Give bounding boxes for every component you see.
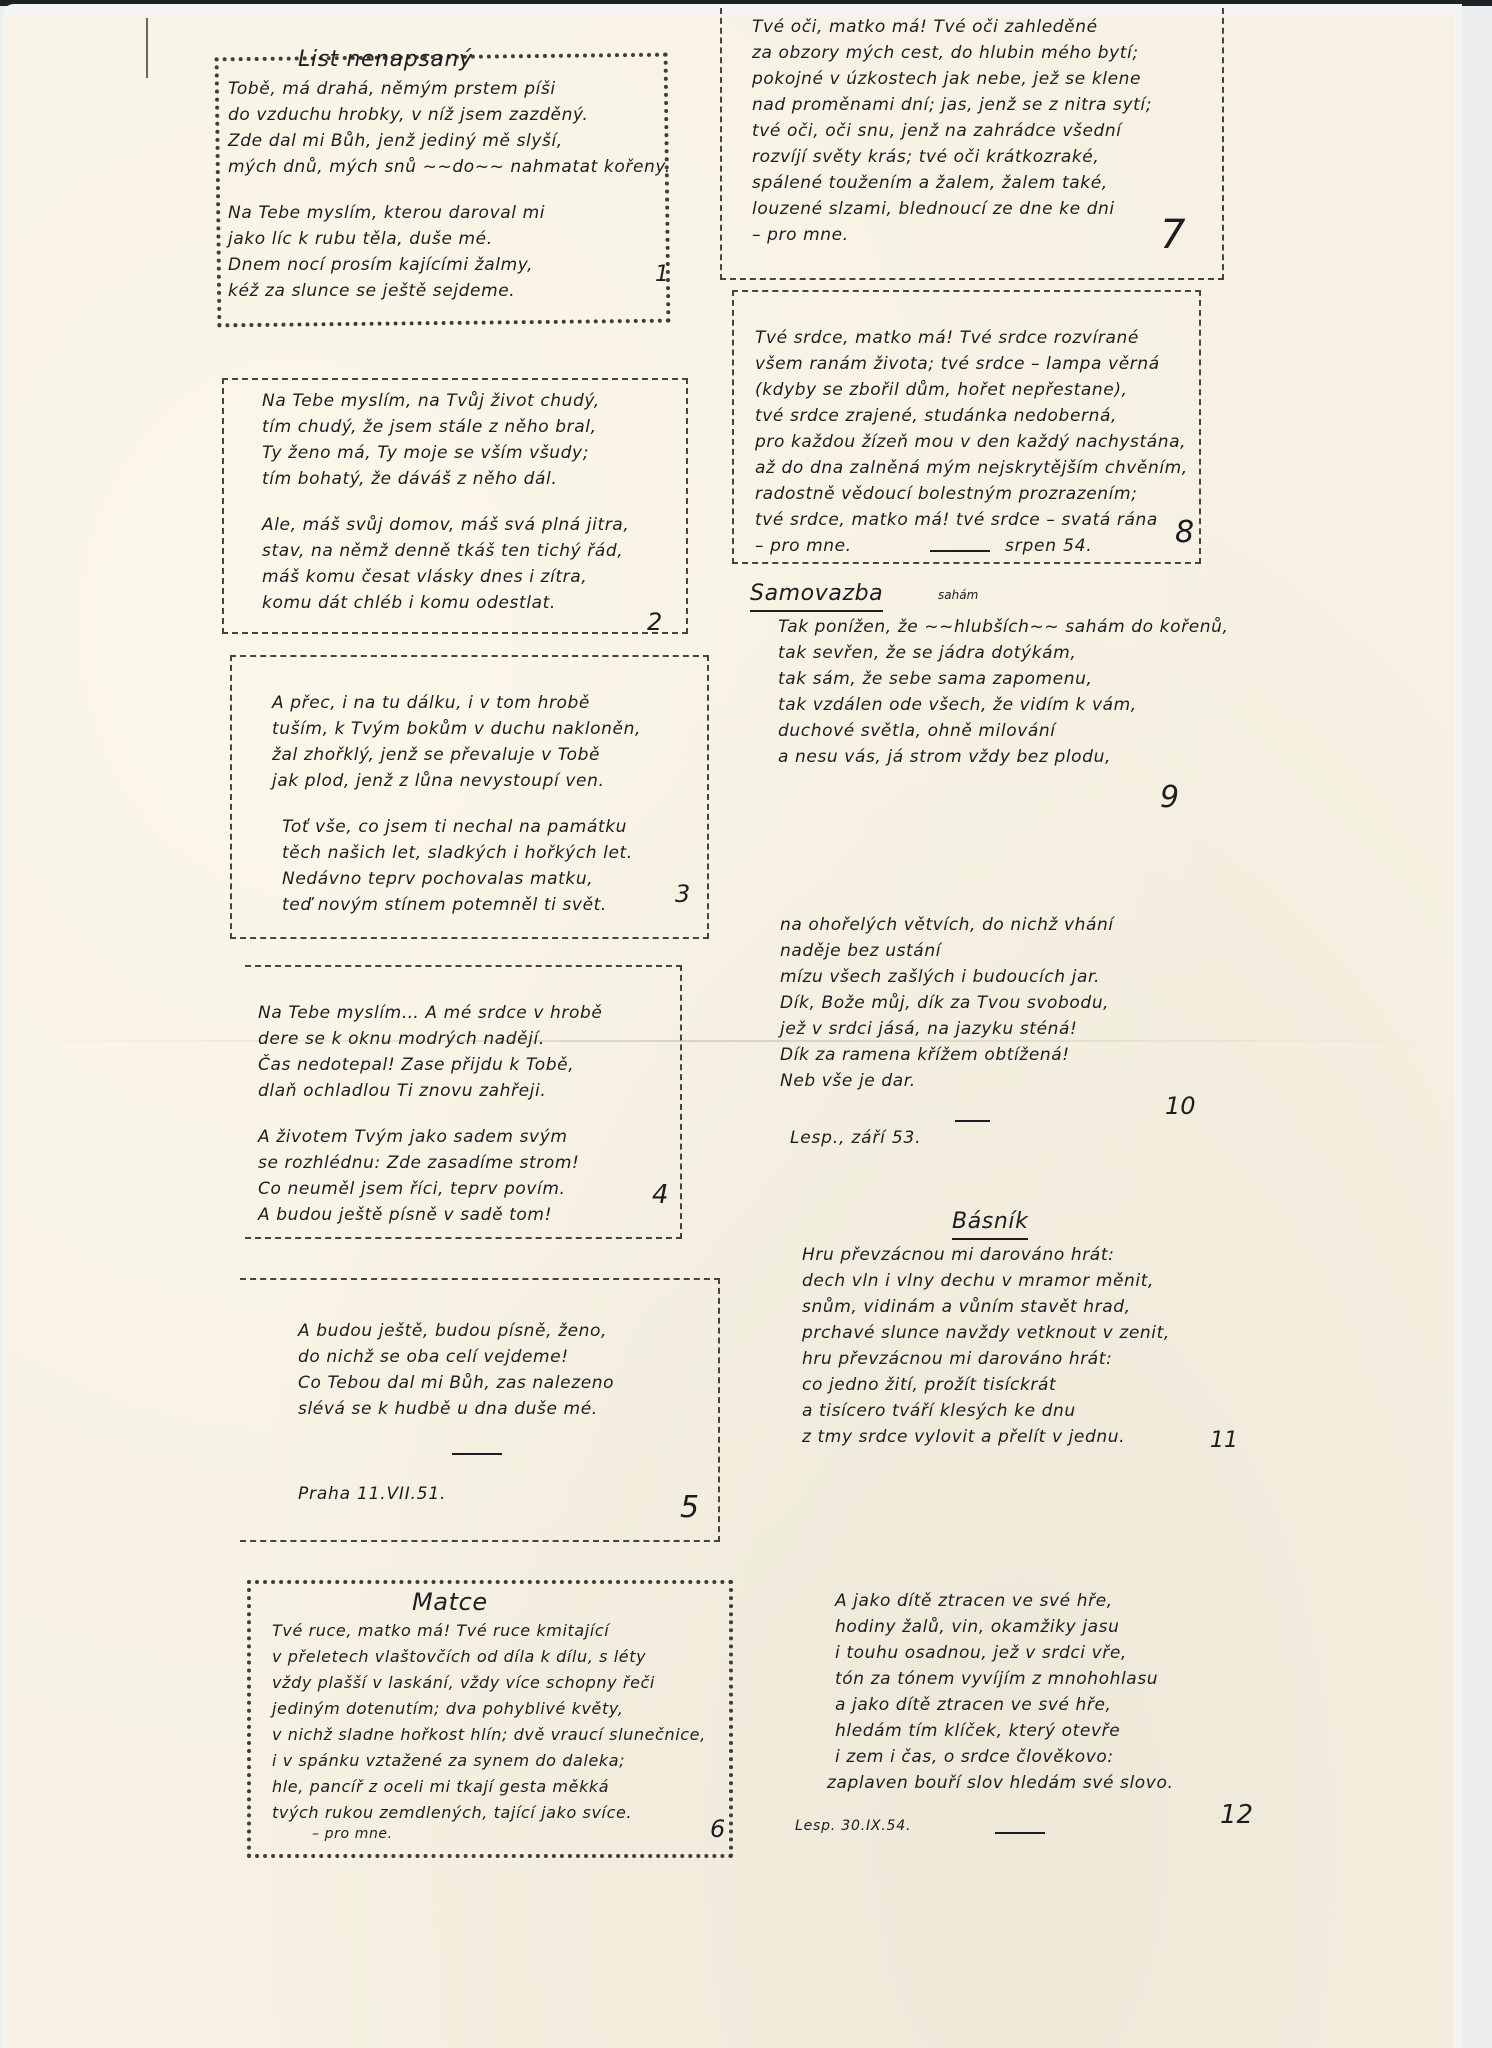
poem-line: prchavé slunce navždy vetknout v zenit, [802,1320,1170,1346]
poem-line: teď novým stínem potemněl ti svět. [282,892,641,918]
poem-line: tím bohatý, že dáváš z něho dál. [262,466,629,492]
poem-line: dlaň ochladlou Ti znovu zahřeji. [258,1078,602,1104]
poem-6: Matce Tvé ruce, matko má! Tvé ruce kmita… [272,1588,706,1842]
page-number-9: 9 [1160,780,1179,815]
page-number-6: 6 [710,1815,725,1843]
poem-line: naděje bez ustání [780,938,1114,964]
poem-line: – pro mne. [755,533,1188,559]
poem-line: tak sám, že sebe sama zapomenu, [778,666,1229,692]
poem-5-date: Praha 11.VII.51. [298,1484,446,1504]
page-number-7: 7 [1160,212,1185,258]
poem-line: tvých rukou zemdlených, tající jako svíc… [272,1800,706,1826]
paper-fold-crease [8,1040,1454,1042]
page-number-8: 8 [1175,515,1194,550]
poem-1: List nenapsaný Tobě, má drahá, němým prs… [228,46,671,304]
poem-3: A přec, i na tu dálku, i v tom hrobě tuš… [272,690,641,918]
poem-line: a jako dítě ztracen ve své hře, [835,1692,1173,1718]
poem-line: jediným dotenutím; dva pohyblivé květy, [272,1696,706,1722]
poem-line: kéž za slunce se ještě sejdeme. [228,278,671,304]
poem-line: do nichž se oba celí vejdeme! [298,1344,614,1370]
poem-line: spálené toužením a žalem, žalem také, [752,170,1152,196]
poem-line: – pro mne. [752,222,1152,248]
poem-line: dere se k oknu modrých nadějí. [258,1026,602,1052]
poem-line: a nesu vás, já strom vždy bez plodu, [778,744,1229,770]
poem-line: rozvíjí světy krás; tvé oči krátkozraké, [752,144,1152,170]
poem-line: co jedno žití, prožít tisíckrát [802,1372,1170,1398]
poem-line: Co neuměl jsem říci, teprv povím. [258,1176,602,1202]
poem-line: Na Tebe myslím, na Tvůj život chudý, [262,388,629,414]
poem-line: Ale, máš svůj domov, máš svá plná jitra, [262,512,629,538]
separator-line [995,1832,1045,1834]
poem-1-title: List nenapsaný [298,46,473,74]
page-number-3: 3 [675,880,690,908]
poem-line: mých dnů, mých snů ~~do~~ nahmatat kořen… [228,154,671,180]
poem-line: Na Tebe myslím… A mé srdce v hrobě [258,1000,602,1026]
poem-line: tak vzdálen ode všech, že vidím k vám, [778,692,1229,718]
poem-line: jako líc k rubu těla, duše mé. [228,226,671,252]
poem-line: Na Tebe myslím, kterou daroval mi [228,200,671,226]
poem-line: za obzory mých cest, do hlubin mého bytí… [752,40,1152,66]
poem-line: Co Tebou dal mi Bůh, zas nalezeno [298,1370,614,1396]
poem-line: máš komu česat vlásky dnes i zítra, [262,564,629,590]
poem-line: Toť vše, co jsem ti nechal na památku [282,814,641,840]
poem-11-title: Básník [952,1208,1028,1240]
poem-line: i v spánku vztažené za synem do daleka; [272,1748,706,1774]
poem-line: Dnem nocí prosím kajícími žalmy, [228,252,671,278]
poem-line: A přec, i na tu dálku, i v tom hrobě [272,690,641,716]
poem-11: Básník Hru převzácnou mi darováno hrát: … [802,1208,1170,1450]
poem-line: tím chudý, že jsem stále z něho bral, [262,414,629,440]
poem-line: tak sevřen, že se jádra dotýkám, [778,640,1229,666]
page-number-5: 5 [680,1490,699,1525]
poem-line: A životem Tvým jako sadem svým [258,1124,602,1150]
poem-line: tvé srdce, matko má! tvé srdce – svatá r… [755,507,1188,533]
poem-line: A jako dítě ztracen ve své hře, [835,1588,1173,1614]
poem-line: těch našich let, sladkých i hořkých let. [282,840,641,866]
poem-line: A budou ještě písně v sadě tom! [258,1202,602,1228]
poem-9: Samovazba Tak ponížen, že ~~hlubších~~ s… [750,580,1229,770]
poem-line: Tvé oči, matko má! Tvé oči zahleděné [752,14,1152,40]
poem-line: duchové světla, ohně milování [778,718,1229,744]
poem-2: Na Tebe myslím, na Tvůj život chudý, tím… [262,388,629,616]
poem-line: všem ranám života; tvé srdce – lampa věr… [755,351,1188,377]
poem-line: nad proměnami dní; jas, jenž se z nitra … [752,92,1152,118]
poem-9-insertion: sahám [938,588,978,602]
poem-line: v nichž sladne hořkost hlín; dvě vraucí … [272,1722,706,1748]
poem-line: hru převzácnou mi darováno hrát: [802,1346,1170,1372]
poem-10-date: Lesp., září 53. [790,1128,921,1148]
separator-line [955,1120,990,1122]
poem-8: Tvé srdce, matko má! Tvé srdce rozvírané… [755,325,1188,559]
poem-line: i zem i čas, o srdce člověkovo: [835,1744,1173,1770]
poem-line: tón za tónem vyvíjím z mnohohlasu [835,1666,1173,1692]
page-number-12: 12 [1220,1800,1253,1830]
poem-line: A budou ještě, budou písně, ženo, [298,1318,614,1344]
poem-line: Nedávno teprv pochovalas matku, [282,866,641,892]
poem-line: dech vln i vlny dechu v mramor měnit, [802,1268,1170,1294]
poem-line: pro každou žízeň mou v den každý nachyst… [755,429,1188,455]
page-number-10: 10 [1165,1092,1196,1120]
poem-line: jak plod, jenž z lůna nevystoupí ven. [272,768,641,794]
poem-12-date: Lesp. 30.IX.54. [795,1818,911,1834]
poem-line: pokojné v úzkostech jak nebe, jež se kle… [752,66,1152,92]
poem-line: hledám tím klíček, který otevře [835,1718,1173,1744]
poem-line: se rozhlédnu: Zde zasadíme strom! [258,1150,602,1176]
poem-line: žal zhořklý, jenž se převaluje v Tobě [272,742,641,768]
margin-mark [146,18,148,78]
poem-line: zaplaven bouří slov hledám své slovo. [827,1770,1173,1796]
poem-line: vždy plašší v laskání, vždy více schopny… [272,1670,706,1696]
poem-line: Tvé srdce, matko má! Tvé srdce rozvírané [755,325,1188,351]
poem-line: až do dna zalněná mým nejskrytějším chvě… [755,455,1188,481]
poem-line: tvé srdce zrajené, studánka nedoberná, [755,403,1188,429]
poem-line: do vzduchu hrobky, v níž jsem zazděný. [228,102,671,128]
poem-line: louzené slzami, blednoucí ze dne ke dni [752,196,1152,222]
poem-line: komu dát chléb i komu odestlat. [262,590,629,616]
poem-line: jež v srdci jásá, na jazyku sténá! [780,1016,1114,1042]
poem-12: A jako dítě ztracen ve své hře, hodiny ž… [835,1588,1173,1796]
poem-line: v přeletech vlaštovčích od díla k dílu, … [272,1644,706,1670]
poem-line: hodiny žalů, vin, okamžiky jasu [835,1614,1173,1640]
page-number-2: 2 [647,608,662,636]
poem-line: Tak ponížen, že ~~hlubších~~ sahám do ko… [778,614,1229,640]
page-number-1: 1 [655,262,669,287]
separator-line [930,550,990,552]
poem-line: Tvé ruce, matko má! Tvé ruce kmitající [272,1618,706,1644]
poem-line: hle, pancíř z oceli mi tkají gesta měkká [272,1774,706,1800]
poem-line: Dík za ramena křížem obtížená! [780,1042,1114,1068]
poem-line: (kdyby se zbořil dům, hořet nepřestane), [755,377,1188,403]
poem-line: Neb vše je dar. [780,1068,1114,1094]
poem-line: Dík, Bože můj, dík za Tvou svobodu, [780,990,1114,1016]
poem-line: slévá se k hudbě u dna duše mé. [298,1396,614,1422]
poem-line: Zde dal mi Bůh, jenž jediný mě slyší, [228,128,671,154]
poem-line: – pro mne. [312,1826,706,1842]
poem-line: na ohořelých větvích, do nichž vhání [780,912,1114,938]
poem-6-title: Matce [412,1588,488,1616]
poem-5: A budou ještě, budou písně, ženo, do nic… [298,1318,614,1422]
poem-8-date: srpen 54. [1005,536,1093,556]
poem-line: tvé oči, oči snu, jenž na zahrádce všedn… [752,118,1152,144]
poem-line: tuším, k Tvým bokům v duchu nakloněn, [272,716,641,742]
poem-10: na ohořelých větvích, do nichž vhání nad… [780,912,1114,1094]
poem-line: mízu všech zašlých i budoucích jar. [780,964,1114,990]
poem-line: z tmy srdce vylovit a přelít v jednu. [802,1424,1170,1450]
separator-line [452,1453,502,1455]
poem-line: Tobě, má drahá, němým prstem píši [228,76,671,102]
poem-line: i touhu osadnou, jež v srdci vře, [835,1640,1173,1666]
poem-line: radostně vědoucí bolestným prozrazením; [755,481,1188,507]
poem-line: Hru převzácnou mi darováno hrát: [802,1242,1170,1268]
poem-line: snům, vidinám a vůním stavět hrad, [802,1294,1170,1320]
poem-line: stav, na němž denně tkáš ten tichý řád, [262,538,629,564]
poem-4: Na Tebe myslím… A mé srdce v hrobě dere … [258,1000,602,1228]
poem-line: Čas nedotepal! Zase přijdu k Tobě, [258,1052,602,1078]
poem-7: Tvé oči, matko má! Tvé oči zahleděné za … [752,14,1152,248]
page-number-11: 11 [1210,1428,1238,1453]
poem-line: a tisícero tváří klesých ke dnu [802,1398,1170,1424]
poem-line: Ty ženo má, Ty moje se vším všudy; [262,440,629,466]
poem-9-title: Samovazba [750,580,883,612]
page-number-4: 4 [652,1180,669,1210]
